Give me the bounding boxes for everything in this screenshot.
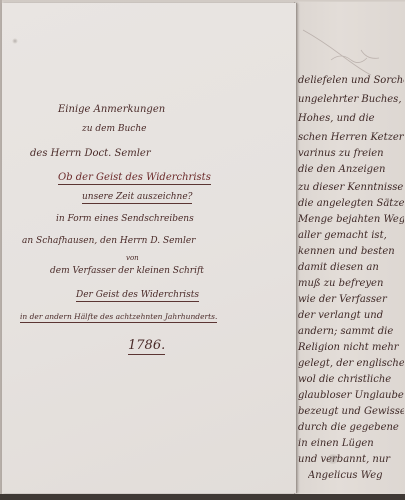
back-line: der verlangt und	[298, 310, 404, 321]
document-year: 1786.	[128, 338, 165, 355]
back-line: kennen und besten	[298, 246, 404, 257]
title-line-3: des Herrn Doct. Semler	[30, 148, 151, 159]
back-line: und verbannt, nur	[298, 454, 404, 465]
back-line: gelegt, der englischen	[298, 358, 404, 369]
back-line: deliefelen und Sorche	[298, 75, 404, 86]
back-line: varinus zu freien	[298, 148, 404, 159]
title-line-6: in Form eines Sendschreibens	[56, 214, 194, 224]
title-line-9: dem Verfasser der kleinen Schrift	[50, 266, 204, 276]
back-line: muß zu befreyen	[298, 278, 404, 289]
back-line: die den Anzeigen	[298, 164, 404, 175]
title-line-1: Einige Anmerkungen	[58, 104, 165, 115]
back-line: Angelicus Weg	[308, 470, 405, 481]
back-line: bezeugt und Gewissen	[298, 406, 404, 417]
back-line: aller gemacht ist,	[298, 230, 404, 241]
scan-bottom-edge	[0, 494, 405, 500]
title-line-2: zu dem Buche	[82, 124, 146, 134]
back-line: in einen Lügen	[298, 438, 404, 449]
back-line: wol die christliche	[298, 374, 404, 385]
back-line: Hohes, und die	[298, 113, 404, 124]
back-line: ungelehrter Buches,	[298, 94, 404, 105]
back-line: schen Herren Ketzer	[298, 132, 404, 143]
title-line-11: in der andern Hälfte des achtzehnten Jah…	[20, 312, 217, 323]
back-line: die angelegten Sätze	[298, 198, 404, 209]
title-line-4: Ob der Geist des Widerchrists	[58, 172, 211, 185]
paper-stain	[326, 454, 340, 464]
back-line: andern; sammt die	[298, 326, 404, 337]
back-line: wie der Verfasser	[298, 294, 404, 305]
paper-spot	[12, 38, 18, 44]
back-line: Religion nicht mehr	[298, 342, 404, 353]
back-line: glaubloser Unglauben	[298, 390, 404, 401]
back-line: damit diesen an	[298, 262, 404, 273]
title-line-10: Der Geist des Widerchrists	[76, 290, 199, 302]
title-line-8: von	[126, 254, 139, 262]
ink-bleed-through	[301, 20, 401, 80]
front-page	[2, 3, 297, 493]
title-line-5: unsere Zeit auszeichne?	[82, 192, 192, 204]
title-line-7: an Schafhausen, den Herrn D. Semler	[22, 236, 195, 246]
back-line: zu dieser Kenntnissen	[298, 182, 404, 193]
back-line: durch die gegebene	[298, 422, 404, 433]
back-line: Menge bejahten Wege	[298, 214, 404, 225]
